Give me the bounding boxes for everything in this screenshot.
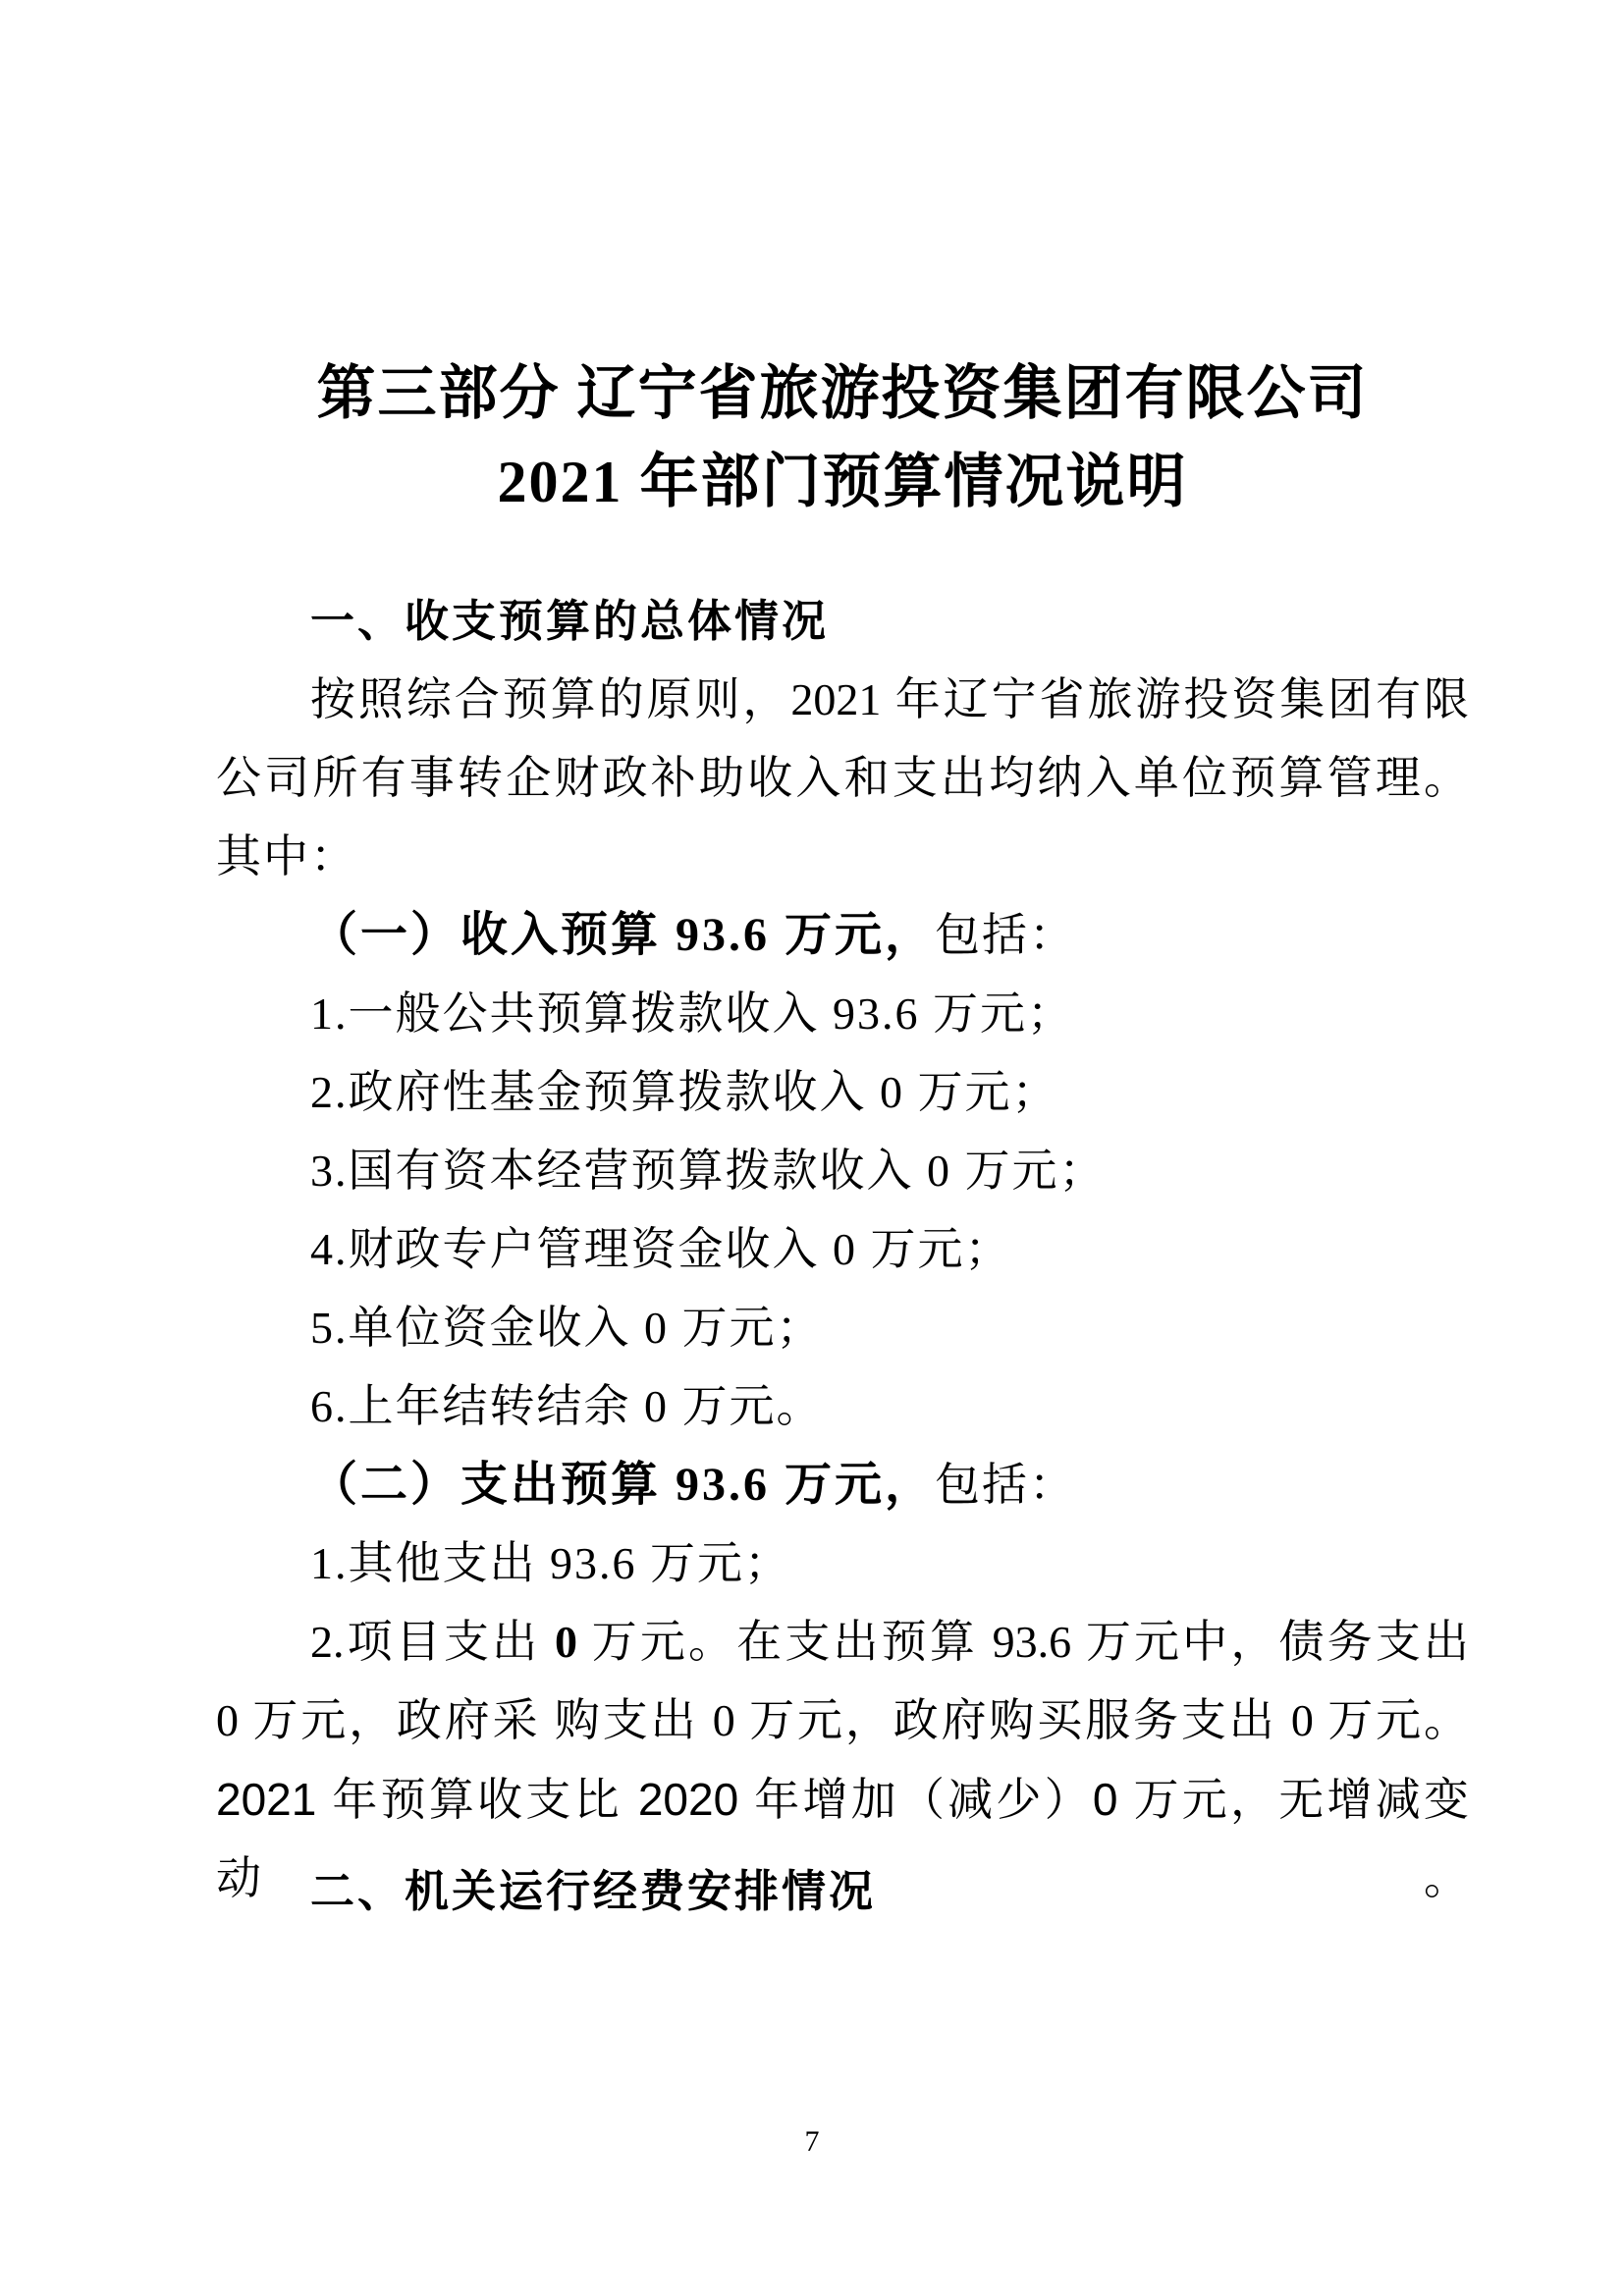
income-item-4: 4.财政专户管理资金收入 0 万元； <box>216 1210 1469 1289</box>
document-title-line2: 2021 年部门预算情况说明 <box>216 438 1469 526</box>
subhead-expense-budget-rest: 包括： <box>935 1460 1076 1510</box>
paragraph-overview-line1: 按照综合预算的原则，2021 年辽宁省旅游投资集团有限 <box>216 661 1469 739</box>
subhead-income-budget: （一）收入预算 93.6 万元，包括： <box>216 896 1469 975</box>
paragraph-expense-line2: 0 万元，政府采 购支出 0 万元，政府购买服务支出 0 万元。 <box>216 1682 1469 1760</box>
page-number: 7 <box>0 2122 1624 2162</box>
document-page: 第三部分 辽宁省旅游投资集团有限公司 2021 年部门预算情况说明 一、收支预算… <box>0 0 1624 2296</box>
income-item-3: 3.国有资本经营预算拨款收入 0 万元； <box>216 1132 1469 1210</box>
expense-item-1: 1.其他支出 93.6 万元； <box>216 1524 1469 1603</box>
document-title-line1: 第三部分 辽宁省旅游投资集团有限公司 <box>216 349 1469 438</box>
income-item-5: 5.单位资金收入 0 万元； <box>216 1289 1469 1367</box>
income-item-1: 1.一般公共预算拨款收入 93.6 万元； <box>216 975 1469 1053</box>
paragraph-expense-line1: 2.项目支出 0 万元。在支出预算 93.6 万元中，债务支出 <box>216 1603 1469 1682</box>
subhead-expense-budget: （二）支出预算 93.6 万元，包括： <box>216 1446 1469 1524</box>
paragraph-expense-line1-prefix: 2.项目支出 <box>310 1617 555 1667</box>
subhead-expense-budget-bold: （二）支出预算 93.6 万元， <box>310 1459 935 1511</box>
document-content: 第三部分 辽宁省旅游投资集团有限公司 2021 年部门预算情况说明 一、收支预算… <box>216 0 1469 1931</box>
section-heading-income-expense-overview: 一、收支预算的总体情况 <box>216 582 1469 661</box>
paragraph-overview-line2: 公司所有事转企财政补助收入和支出均纳入单位预算管理。 <box>216 739 1469 818</box>
paragraph-expense-line1-rest: 万元。在支出预算 93.6 万元中，债务支出 <box>577 1617 1469 1667</box>
paragraph-expense-line1-bold-zero: 0 <box>555 1617 577 1667</box>
income-item-6: 6.上年结转结余 0 万元。 <box>216 1367 1469 1446</box>
paragraph-overview-line3: 其中： <box>216 818 1469 896</box>
subhead-income-budget-rest: 包括： <box>935 910 1076 960</box>
paragraph-expense-line3: 2021 年预算收支比 2020 年增加（减少）0 万元，无增减变动。 <box>216 1760 1469 1839</box>
document-title: 第三部分 辽宁省旅游投资集团有限公司 2021 年部门预算情况说明 <box>216 0 1469 526</box>
income-item-2: 2.政府性基金预算拨款收入 0 万元； <box>216 1053 1469 1132</box>
subhead-income-budget-bold: （一）收入预算 93.6 万元， <box>310 909 935 961</box>
